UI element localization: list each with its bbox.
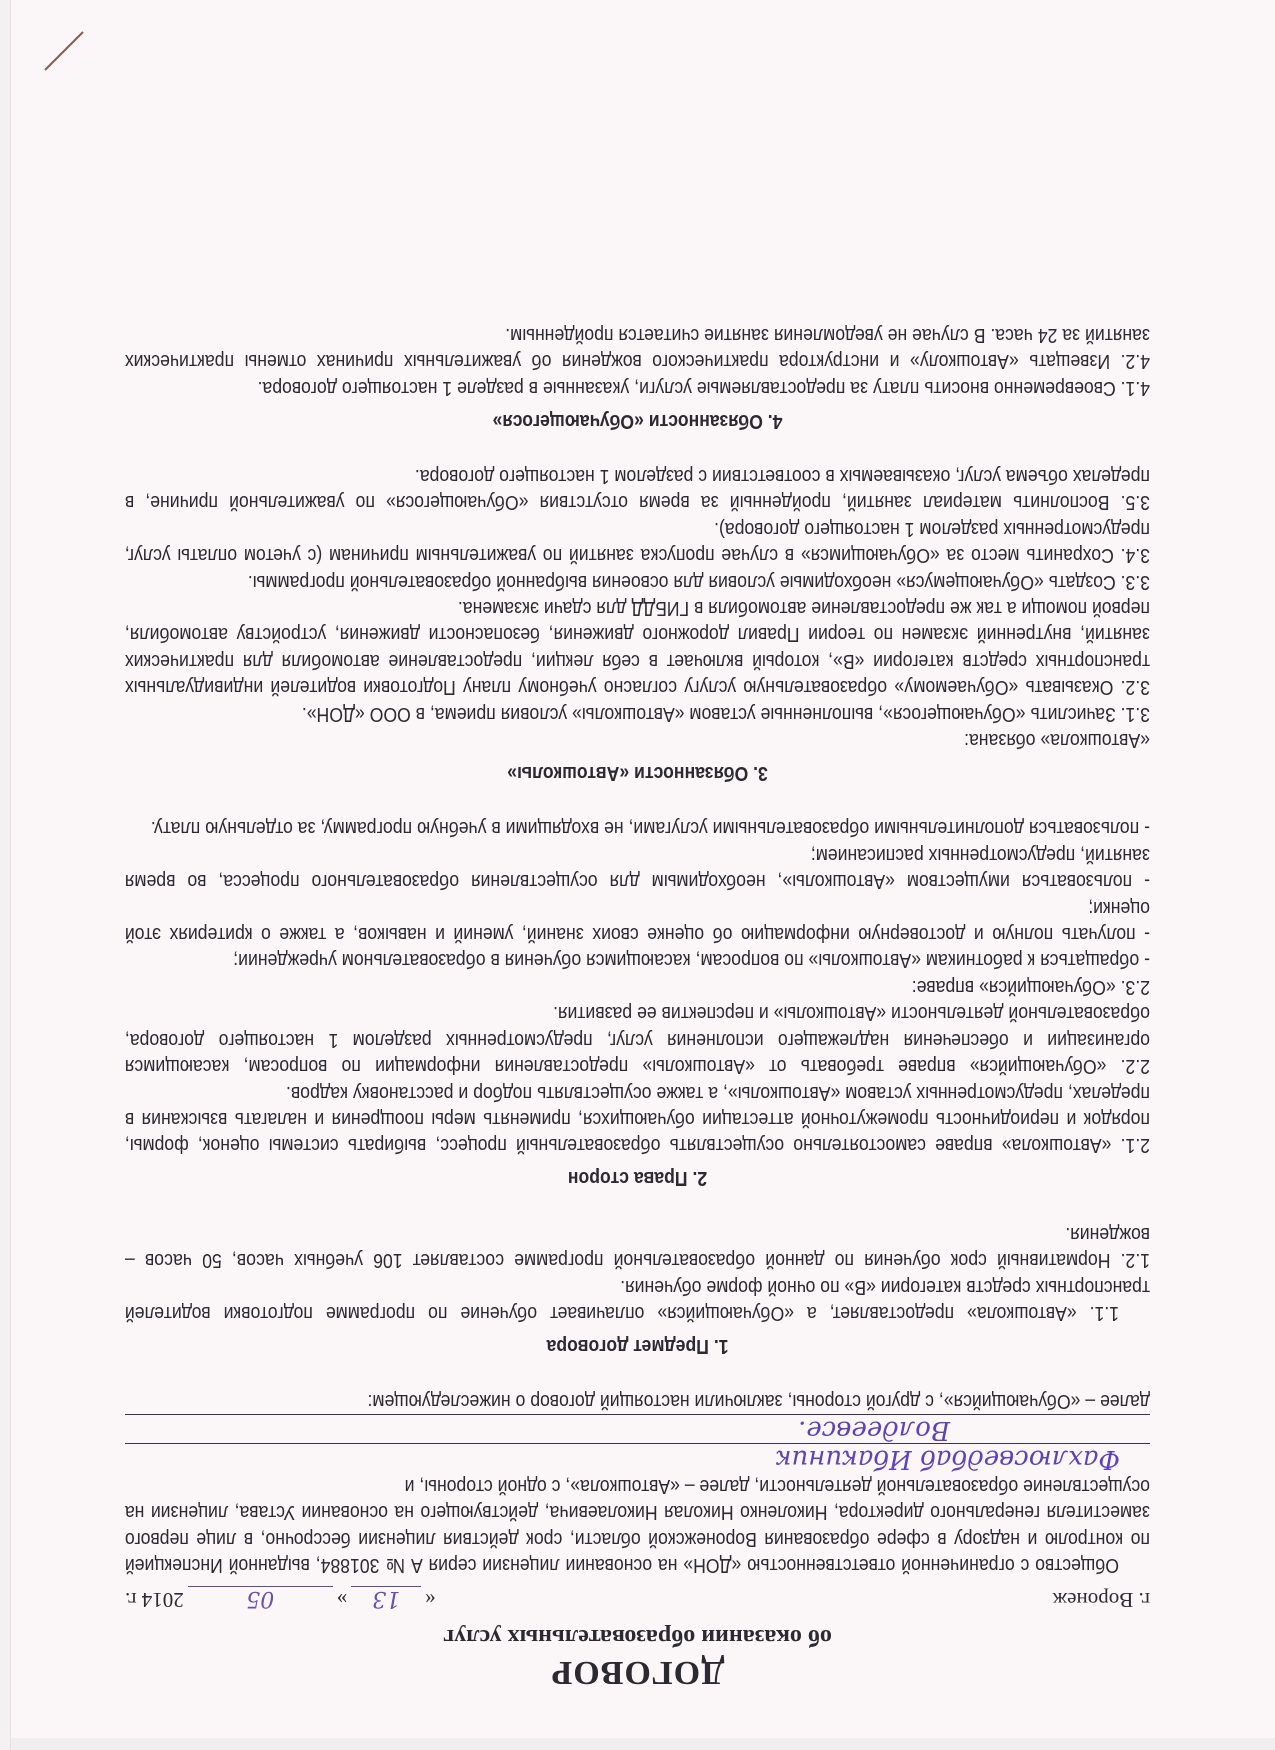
date-day: 13	[351, 1586, 421, 1609]
city-date-line: г. Воронеж «13» 05 2014 г.	[125, 1586, 1150, 1614]
clause-2-2: 2.2. «Обучающийся» вправе требовать от «…	[125, 1000, 1150, 1079]
clause-1-1: 1.1. «Автошкола» предоставляет, а «Обуча…	[125, 1273, 1150, 1326]
clause-2-3-item-4: - пользоваться дополнительными образоват…	[125, 815, 1150, 841]
section-heading-1: 1. Предмет договора	[197, 1334, 1079, 1358]
date-year: 2014 г.	[125, 1586, 184, 1614]
clause-2-3: 2.3. «Обучающийся» вправе:	[125, 974, 1150, 1000]
section-heading-4: 4. Обязанности «Обучающегося»	[197, 409, 1079, 433]
clause-4-1: 4.1. Своевременно вносить плату за предо…	[125, 374, 1150, 400]
preamble-end: далее – «Обучающийся», с другой стороны,…	[125, 1388, 1150, 1414]
document-subtitle: об оказании образовательных услуг	[125, 1622, 1150, 1652]
handwritten-student-name-2: Волдеевсе.	[125, 1414, 1150, 1443]
clause-3-5: 3.5. Восполнить материал занятий, пройде…	[125, 463, 1150, 516]
clause-3-3: 3.3. Создать «Обучающемуся» необходимые …	[125, 568, 1150, 594]
section-heading-3: 3. Обязанности «Автошколы»	[197, 761, 1079, 785]
clause-3-intro: «Автошкола» обязана:	[125, 727, 1150, 753]
document-body: ДОГОВОР об оказании образовательных услу…	[125, 321, 1150, 1692]
clause-3-2: 3.2. Оказывать «Обучаемому» образователь…	[125, 595, 1150, 701]
clause-2-3-item-1: - обращаться к работникам «Автошколы» по…	[125, 947, 1150, 973]
clause-2-3-item-2: - получать полную и достоверную информац…	[125, 894, 1150, 947]
contract-date: «13» 05 2014 г.	[125, 1586, 436, 1614]
scan-edge-right	[0, 0, 11, 1750]
clause-2-1: 2.1. «Автошкола» вправе самостоятельно о…	[125, 1079, 1150, 1158]
document-title: ДОГОВОР	[125, 1652, 1150, 1692]
preamble: Общество с ограниченной ответственностью…	[125, 1472, 1150, 1578]
clause-3-4: 3.4. Сохранить место за «Обучающимся» в …	[125, 515, 1150, 568]
clause-3-1: 3.1. Зачислить «Обучающегося», выполненн…	[125, 700, 1150, 726]
clause-4-2: 4.2. Извещать «Автошколу» и инструктора …	[125, 321, 1150, 374]
scan-edge-top	[0, 1738, 1275, 1750]
section-heading-2: 2. Права сторон	[197, 1166, 1079, 1190]
date-quote-close: »	[337, 1586, 348, 1614]
date-month: 05	[188, 1586, 333, 1609]
city: г. Воронеж	[1053, 1586, 1150, 1614]
clause-2-3-item-3: - пользоваться имуществом «Автошколы», н…	[125, 841, 1150, 894]
clause-1-2: 1.2. Нормативный срок обучения по данной…	[125, 1220, 1150, 1273]
date-quote-open: «	[425, 1586, 436, 1614]
scanned-page: ДОГОВОР об оказании образовательных услу…	[0, 0, 1275, 1750]
page-fold-mark-icon	[25, 30, 85, 90]
handwritten-student-name-1: Фахлюсведбаб Ибакиник	[125, 1443, 1150, 1472]
